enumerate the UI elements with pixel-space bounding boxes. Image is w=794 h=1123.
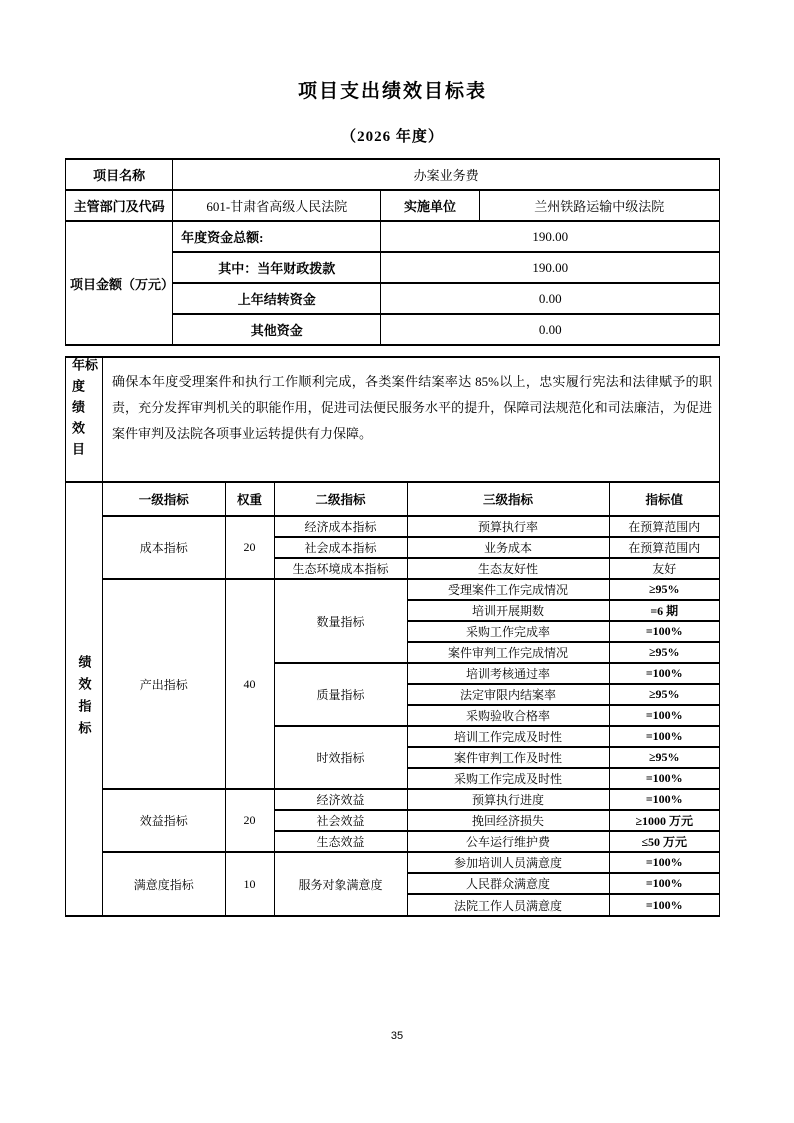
l3-cell: 预算执行率 — [407, 516, 609, 537]
project-info-table: 项目名称 办案业务费 主管部门及代码 601-甘肃省高级人民法院 实施单位 兰州… — [65, 158, 720, 346]
value-cell: =100% — [609, 894, 719, 915]
indicators-vertical-label: 绩效指标 — [66, 483, 103, 915]
page-title: 项目支出绩效目标表 — [65, 0, 720, 103]
l2-cell: 服务对象满意度 — [274, 852, 407, 915]
page-content: 项目支出绩效目标表 （2026 年度） 项目名称 办案业务费 主管部门及代码 6… — [65, 0, 720, 917]
l2-cell: 生态环境成本指标 — [274, 558, 407, 579]
weight-cell: 10 — [225, 852, 274, 915]
l2-cell: 数量指标 — [274, 579, 407, 663]
l1-cell: 满意度指标 — [103, 852, 225, 915]
l3-cell: 人民群众满意度 — [407, 873, 609, 894]
weight-cell: 20 — [225, 789, 274, 852]
l2-cell: 生态效益 — [274, 831, 407, 852]
header-level1-cell: 一级指标 — [103, 483, 225, 516]
value-cell: =100% — [609, 621, 719, 642]
amount-item-label-cell: 年度资金总额: — [173, 221, 381, 252]
amount-item-label-cell: 其中：当年财政拨款 — [173, 252, 381, 283]
amount-item-label-cell: 其他资金 — [173, 314, 381, 345]
page-number: 35 — [0, 1030, 794, 1042]
value-cell: ≥95% — [609, 747, 719, 768]
l3-cell: 法院工作人员满意度 — [407, 894, 609, 915]
value-cell: ≥95% — [609, 642, 719, 663]
l1-cell: 产出指标 — [103, 579, 225, 789]
amount-item-value-cell: 0.00 — [381, 283, 720, 314]
value-cell: =100% — [609, 726, 719, 747]
value-cell: 友好 — [609, 558, 719, 579]
l1-cell: 成本指标 — [103, 516, 225, 579]
l3-cell: 采购工作完成率 — [407, 621, 609, 642]
project-name-value-cell: 办案业务费 — [173, 159, 720, 190]
value-cell: =100% — [609, 852, 719, 873]
document-page: 项目支出绩效目标表 （2026 年度） 项目名称 办案业务费 主管部门及代码 6… — [0, 0, 794, 1123]
value-cell: =6 期 — [609, 600, 719, 621]
header-weight-cell: 权重 — [225, 483, 274, 516]
l3-cell: 业务成本 — [407, 537, 609, 558]
value-cell: 在预算范围内 — [609, 537, 719, 558]
indicators-table-wrap: 一级指标 权重 二级指标 三级指标 指标值 成本指标 20 经济成本指标 预算执… — [103, 483, 719, 915]
l3-cell: 培训考核通过率 — [407, 663, 609, 684]
l3-cell: 培训工作完成及时性 — [407, 726, 609, 747]
indicator-row: 效益指标 20 经济效益 预算执行进度 =100% — [103, 789, 719, 810]
amount-item-label-cell: 上年结转资金 — [173, 283, 381, 314]
indicator-row: 成本指标 20 经济成本指标 预算执行率 在预算范围内 — [103, 516, 719, 537]
value-cell: ≥1000 万元 — [609, 810, 719, 831]
l3-cell: 挽回经济损失 — [407, 810, 609, 831]
value-cell: ≤50 万元 — [609, 831, 719, 852]
l2-cell: 经济成本指标 — [274, 516, 407, 537]
indicators-header-row: 一级指标 权重 二级指标 三级指标 指标值 — [103, 483, 719, 516]
value-cell: =100% — [609, 789, 719, 810]
impl-label-cell: 实施单位 — [381, 190, 479, 221]
amount-row: 项目金额（万元） 年度资金总额: 190.00 — [66, 221, 720, 252]
value-cell: 在预算范围内 — [609, 516, 719, 537]
l3-cell: 预算执行进度 — [407, 789, 609, 810]
value-cell: ≥95% — [609, 684, 719, 705]
amount-item-value-cell: 0.00 — [381, 314, 720, 345]
l3-cell: 采购验收合格率 — [407, 705, 609, 726]
l2-cell: 经济效益 — [274, 789, 407, 810]
annual-target-section: 年度绩效目标 确保本年度受理案件和执行工作顺利完成，各类案件结案率达 85%以上… — [66, 358, 719, 483]
l2-cell: 社会成本指标 — [274, 537, 407, 558]
annual-target-text: 确保本年度受理案件和执行工作顺利完成，各类案件结案率达 85%以上，忠实履行宪法… — [103, 358, 719, 481]
header-level2-cell: 二级指标 — [274, 483, 407, 516]
l3-cell: 法定审限内结案率 — [407, 684, 609, 705]
l3-cell: 案件审判工作完成情况 — [407, 642, 609, 663]
l2-cell: 质量指标 — [274, 663, 407, 726]
value-cell: ≥95% — [609, 579, 719, 600]
amount-label-cell: 项目金额（万元） — [66, 221, 173, 345]
value-cell: =100% — [609, 705, 719, 726]
l1-cell: 效益指标 — [103, 789, 225, 852]
value-cell: =100% — [609, 663, 719, 684]
value-cell: =100% — [609, 873, 719, 894]
indicator-row: 满意度指标 10 服务对象满意度 参加培训人员满意度 =100% — [103, 852, 719, 873]
l3-cell: 采购工作完成及时性 — [407, 768, 609, 789]
project-name-label-cell: 项目名称 — [66, 159, 173, 190]
weight-cell: 40 — [225, 579, 274, 789]
annual-target-vertical-label: 年度绩效目标 — [66, 358, 103, 481]
l3-cell: 培训开展期数 — [407, 600, 609, 621]
header-level3-cell: 三级指标 — [407, 483, 609, 516]
indicators-table: 一级指标 权重 二级指标 三级指标 指标值 成本指标 20 经济成本指标 预算执… — [103, 483, 719, 915]
project-name-row: 项目名称 办案业务费 — [66, 159, 720, 190]
weight-cell: 20 — [225, 516, 274, 579]
indicator-row: 产出指标 40 数量指标 受理案件工作完成情况 ≥95% — [103, 579, 719, 600]
l3-cell: 参加培训人员满意度 — [407, 852, 609, 873]
amount-item-value-cell: 190.00 — [381, 221, 720, 252]
l3-cell: 受理案件工作完成情况 — [407, 579, 609, 600]
amount-item-value-cell: 190.00 — [381, 252, 720, 283]
l3-cell: 公车运行维护费 — [407, 831, 609, 852]
dept-value-cell: 601-甘肃省高级人民法院 — [173, 190, 381, 221]
l2-cell: 时效指标 — [274, 726, 407, 789]
l3-cell: 生态友好性 — [407, 558, 609, 579]
indicators-section: 绩效指标 一级指标 权重 二级指标 三级指标 指标值 成本指标 — [66, 483, 719, 915]
page-subtitle: （2026 年度） — [65, 125, 720, 146]
dept-label-cell: 主管部门及代码 — [66, 190, 173, 221]
l2-cell: 社会效益 — [274, 810, 407, 831]
value-cell: =100% — [609, 768, 719, 789]
impl-value-cell: 兰州铁路运输中级法院 — [479, 190, 719, 221]
performance-box: 年度绩效目标 确保本年度受理案件和执行工作顺利完成，各类案件结案率达 85%以上… — [65, 356, 720, 917]
header-value-cell: 指标值 — [609, 483, 719, 516]
l3-cell: 案件审判工作及时性 — [407, 747, 609, 768]
department-row: 主管部门及代码 601-甘肃省高级人民法院 实施单位 兰州铁路运输中级法院 — [66, 190, 720, 221]
